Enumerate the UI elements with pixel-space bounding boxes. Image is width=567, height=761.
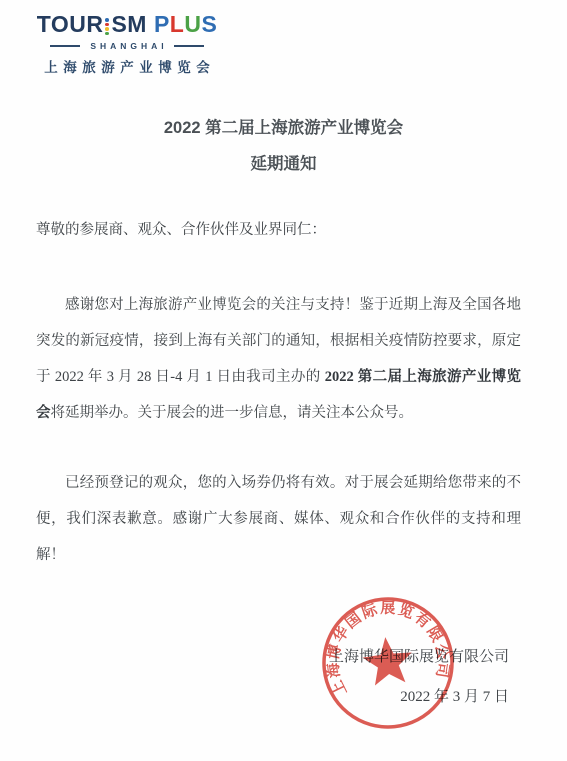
logo-subtitle-cn: 上海旅游产业博览会 xyxy=(35,56,219,76)
logo-wordmark: TOUR SM P L U S xyxy=(35,13,219,36)
logo-dot-green xyxy=(105,32,109,36)
logo-letter-p: P xyxy=(154,13,170,36)
paragraph-1-text-after: 将延期举办。关于展会的进一步信息，请关注本公众号。 xyxy=(51,405,414,421)
notice-title-line2: 延期通知 xyxy=(0,152,567,176)
logo-dot-blue xyxy=(105,18,109,22)
logo-text-tour: TOUR xyxy=(37,13,104,36)
logo-text-sm: SM xyxy=(111,13,147,36)
logo-text-plus: P L U S xyxy=(154,13,217,36)
logo-letter-u: U xyxy=(184,13,201,36)
seal-star-icon xyxy=(361,635,415,687)
company-seal-stamp: 上海博华国际展览有限公司 xyxy=(306,581,471,746)
notice-title-line1: 2022 第二届上海旅游产业博览会 xyxy=(0,116,567,140)
left-rule xyxy=(50,45,80,47)
logo-letter-s: S xyxy=(201,13,217,36)
logo-subtitle-en: SHANGHAI xyxy=(35,41,219,51)
salutation: 尊敬的参展商、观众、合作伙伴及业界同仁： xyxy=(36,212,521,248)
notice-title: 2022 第二届上海旅游产业博览会 延期通知 xyxy=(0,116,567,176)
logo-dot-yellow xyxy=(105,27,109,31)
postponement-notice-document: TOUR SM P L U S SHANGHAI 上海旅游产业博览会 2022 … xyxy=(0,0,567,761)
right-rule xyxy=(174,45,204,47)
notice-body: 尊敬的参展商、观众、合作伙伴及业界同仁： 感谢您对上海旅游产业博览会的关注与支持… xyxy=(36,212,521,573)
paragraph-2: 已经预登记的观众，您的入场券仍将有效。对于展会延期给您带来的不便，我们深表歉意。… xyxy=(36,465,521,573)
logo-letter-l: L xyxy=(170,13,185,36)
logo-dots-icon xyxy=(105,18,109,35)
paragraph-1: 感谢您对上海旅游产业博览会的关注与支持！鉴于近期上海及全国各地突发的新冠疫情，接… xyxy=(36,287,521,431)
tourism-plus-logo: TOUR SM P L U S SHANGHAI 上海旅游产业博览会 xyxy=(35,13,219,76)
logo-dot-red xyxy=(105,23,109,27)
